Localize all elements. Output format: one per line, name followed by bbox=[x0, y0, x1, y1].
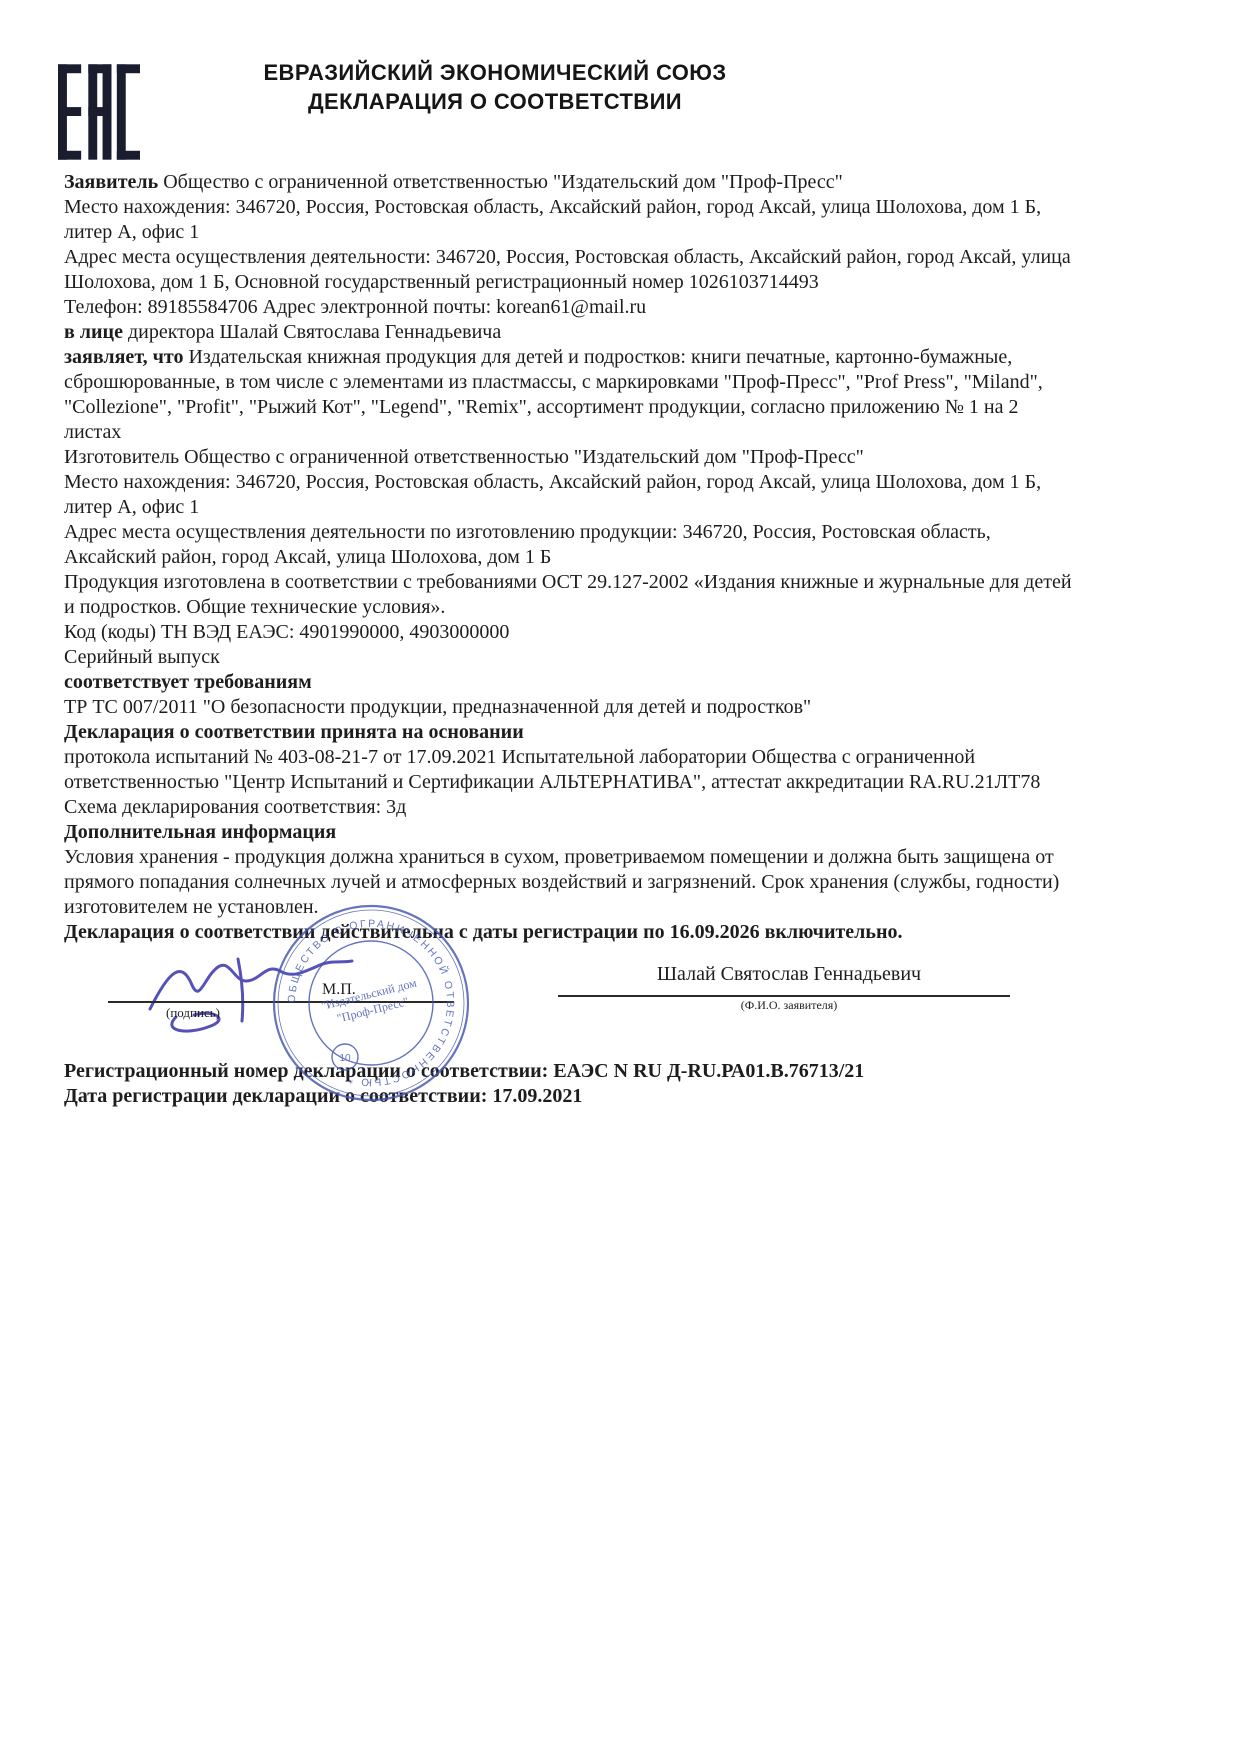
tnved-codes-line: Код (коды) ТН ВЭД ЕАЭС: 4901990000, 4903… bbox=[64, 620, 1076, 645]
serial-release-line: Серийный выпуск bbox=[64, 645, 1076, 670]
in-person-value: директора Шалай Святослава Геннадьевича bbox=[128, 321, 501, 343]
registration-date-line: Дата регистрации декларации о соответств… bbox=[64, 1084, 1076, 1109]
declaration-title: ДЕКЛАРАЦИЯ О СООТВЕТСТВИИ bbox=[240, 87, 750, 116]
stamp-place-label: М.П. bbox=[322, 981, 356, 999]
document-content: ЕВРАЗИЙСКИЙ ЭКОНОМИЧЕСКИЙ СОЮЗ ДЕКЛАРАЦИ… bbox=[64, 50, 1076, 1109]
fio-caption: (Ф.И.О. заявителя) bbox=[564, 998, 1014, 1013]
registration-date-value: 17.09.2021 bbox=[492, 1085, 582, 1107]
registration-number-value: ЕАЭС N RU Д-RU.РА01.В.76713/21 bbox=[553, 1060, 864, 1082]
signature-line bbox=[108, 1001, 454, 1003]
in-person-label: в лице bbox=[64, 321, 123, 343]
applicant-fio: Шалай Святослав Геннадьевич bbox=[564, 963, 1014, 986]
additional-info-heading: Дополнительная информация bbox=[64, 820, 1076, 845]
applicant-location-line: Место нахождения: 346720, Россия, Ростов… bbox=[64, 195, 1076, 245]
declaration-document-page: ЕВРАЗИЙСКИЙ ЭКОНОМИЧЕСКИЙ СОЮЗ ДЕКЛАРАЦИ… bbox=[0, 0, 1240, 1754]
signature-caption: (подпись) bbox=[166, 1005, 220, 1021]
manufacturer-name: Общество с ограниченной ответственностью… bbox=[184, 446, 864, 468]
applicant-line: Заявитель Общество с ограниченной ответс… bbox=[64, 170, 1076, 195]
registration-number-label: Регистрационный номер декларации о соотв… bbox=[64, 1060, 548, 1082]
applicant-person-line: в лице директора Шалай Святослава Геннад… bbox=[64, 320, 1076, 345]
manufacturer-standard-line: Продукция изготовлена в соответствии с т… bbox=[64, 570, 1076, 620]
registration-date-label: Дата регистрации декларации о соответств… bbox=[64, 1085, 487, 1107]
product-description: Издательская книжная продукция для детей… bbox=[64, 346, 1043, 443]
scheme-line: Схема декларирования соответствия: 3д bbox=[64, 795, 1076, 820]
document-header: ЕВРАЗИЙСКИЙ ЭКОНОМИЧЕСКИЙ СОЮЗ ДЕКЛАРАЦИ… bbox=[64, 50, 1076, 170]
declares-line: заявляет, что Издательская книжная проду… bbox=[64, 345, 1076, 445]
applicant-contacts-line: Телефон: 89185584706 Адрес электронной п… bbox=[64, 295, 1076, 320]
compliance-text: ТР ТС 007/2011 "О безопасности продукции… bbox=[64, 695, 1076, 720]
manufacturer-production-line: Адрес места осуществления деятельности п… bbox=[64, 520, 1076, 570]
fio-line bbox=[558, 995, 1010, 997]
document-titles: ЕВРАЗИЙСКИЙ ЭКОНОМИЧЕСКИЙ СОЮЗ ДЕКЛАРАЦИ… bbox=[240, 58, 750, 116]
validity-line: Декларация о соответствии действительна … bbox=[64, 920, 1076, 945]
basis-text: протокола испытаний № 403-08-21-7 от 17.… bbox=[64, 745, 1076, 795]
manufacturer-location-line: Место нахождения: 346720, Россия, Ростов… bbox=[64, 470, 1076, 520]
compliance-heading: соответствует требованиям bbox=[64, 670, 1076, 695]
manufacturer-label: Изготовитель bbox=[64, 446, 179, 468]
declares-label: заявляет, что bbox=[64, 346, 183, 368]
applicant-label: Заявитель bbox=[64, 171, 158, 193]
applicant-activity-line: Адрес места осуществления деятельности: … bbox=[64, 245, 1076, 295]
signature-section: (подпись) М.П. Шалай Святослав Геннадьев… bbox=[64, 963, 1076, 1059]
registration-number-line: Регистрационный номер декларации о соотв… bbox=[64, 1059, 1076, 1084]
eac-logo-icon bbox=[58, 60, 140, 164]
union-title: ЕВРАЗИЙСКИЙ ЭКОНОМИЧЕСКИЙ СОЮЗ bbox=[240, 58, 750, 87]
additional-info-text: Условия хранения - продукция должна хран… bbox=[64, 845, 1076, 920]
basis-heading: Декларация о соответствии принята на осн… bbox=[64, 720, 1076, 745]
manufacturer-line: Изготовитель Общество с ограниченной отв… bbox=[64, 445, 1076, 470]
applicant-name: Общество с ограниченной ответственностью… bbox=[163, 171, 843, 193]
